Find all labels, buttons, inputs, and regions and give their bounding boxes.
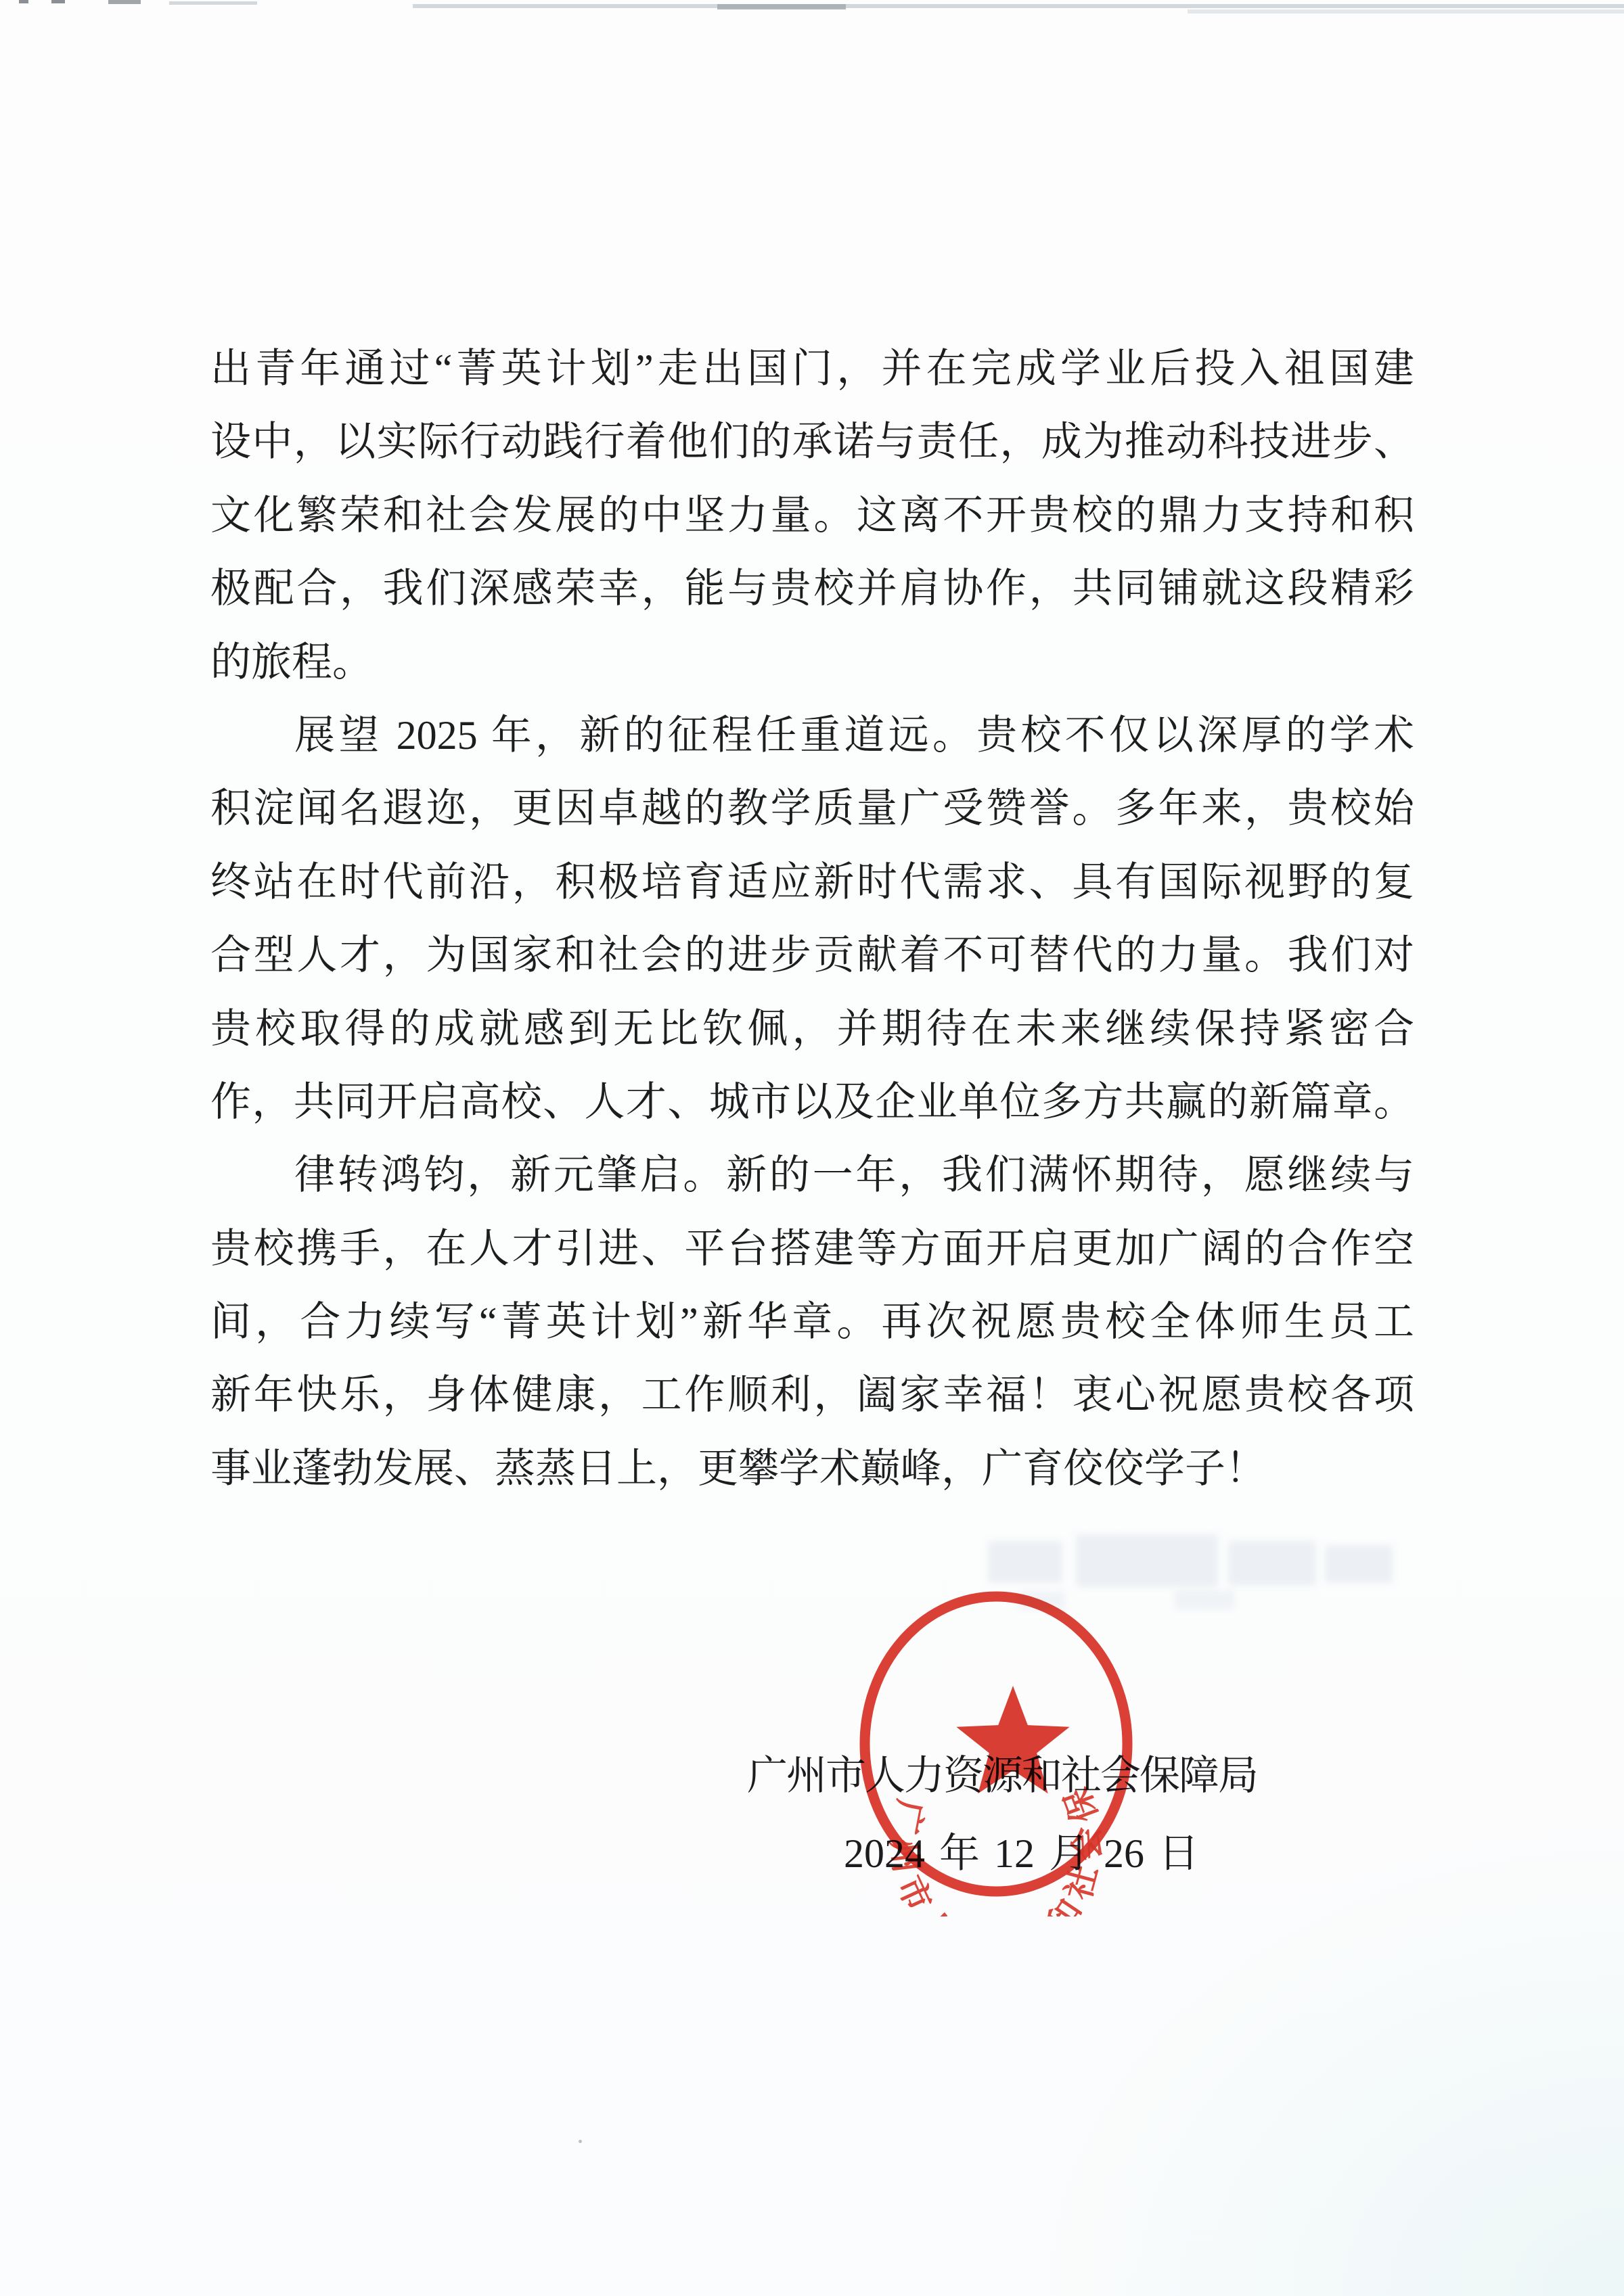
body-line: 新年快乐，身体健康，工作顺利，阖家幸福！衷心祝愿贵校各项 bbox=[210, 1358, 1414, 1431]
scan-artifact-ghost bbox=[1325, 1545, 1393, 1583]
scan-artifact-top-line bbox=[169, 1, 257, 5]
body-line: 作，共同开启高校、人才、城市以及企业单位多方共赢的新篇章。 bbox=[210, 1065, 1414, 1139]
scan-artifact-top-dash bbox=[51, 0, 65, 3]
star-icon bbox=[956, 1686, 1069, 1793]
scan-artifact-ghost bbox=[1228, 1541, 1316, 1586]
seal-ring-textpath: 广州市人力资源和社会保障局 bbox=[847, 1578, 1107, 1916]
body-line: 积淀闻名遐迩，更因卓越的教学质量广受赞誉。多年来，贵校始 bbox=[210, 772, 1414, 845]
body-line: 极配合，我们深感荣幸，能与贵校并肩协作，共同铺就这段精彩 bbox=[210, 552, 1414, 625]
body-line: 间，合力续写“菁英计划”新华章。再次祝愿贵校全体师生员工 bbox=[210, 1285, 1414, 1358]
body-line: 合型人才，为国家和社会的进步贡献着不可替代的力量。我们对 bbox=[210, 919, 1414, 992]
scan-artifact-top-dash bbox=[19, 0, 28, 3]
body-line: 贵校携手，在人才引进、平台搭建等方面开启更加广阔的合作空 bbox=[210, 1212, 1414, 1285]
body-line: 出青年通过“菁英计划”走出国门，并在完成学业后投入祖国建 bbox=[210, 332, 1414, 405]
seal-ring-text: 广州市人力资源和社会保障局 bbox=[847, 1578, 1107, 1916]
body-line: 贵校取得的成就感到无比钦佩，并期待在未来继续保持紧密合 bbox=[210, 992, 1414, 1065]
scan-artifact-top-dash bbox=[108, 0, 141, 4]
scan-artifact-ghost bbox=[1174, 1590, 1235, 1610]
scan-artifact-dot bbox=[579, 2140, 582, 2143]
letter-body: 出青年通过“菁英计划”走出国门，并在完成学业后投入祖国建 设中，以实际行动践行着… bbox=[210, 332, 1414, 1505]
scan-artifact-top-line bbox=[717, 4, 846, 9]
body-line: 设中，以实际行动践行着他们的承诺与责任，成为推动科技进步、 bbox=[210, 405, 1414, 478]
scan-artifact-ghost bbox=[988, 1541, 1062, 1583]
body-line: 终站在时代前沿，积极培育适应新时代需求、具有国际视野的复 bbox=[210, 846, 1414, 919]
scan-artifact-top-line bbox=[1188, 9, 1624, 14]
body-line: 的旅程。 bbox=[210, 626, 1414, 699]
body-line: 展望 2025 年，新的征程任重道远。贵校不仅以深厚的学术 bbox=[210, 699, 1414, 772]
official-seal: 广州市人力资源和社会保障局 bbox=[847, 1578, 1145, 1916]
body-line: 文化繁荣和社会发展的中坚力量。这离不开贵校的鼎力支持和积 bbox=[210, 479, 1414, 552]
scan-artifact-top-line bbox=[413, 4, 1624, 8]
body-line: 律转鸿钧，新元肇启。新的一年，我们满怀期待，愿继续与 bbox=[210, 1139, 1414, 1212]
letter-page: 出青年通过“菁英计划”走出国门，并在完成学业后投入祖国建 设中，以实际行动践行着… bbox=[0, 0, 1624, 2296]
body-line: 事业蓬勃发展、蒸蒸日上，更攀学术巅峰，广育佼佼学子！ bbox=[210, 1432, 1414, 1505]
